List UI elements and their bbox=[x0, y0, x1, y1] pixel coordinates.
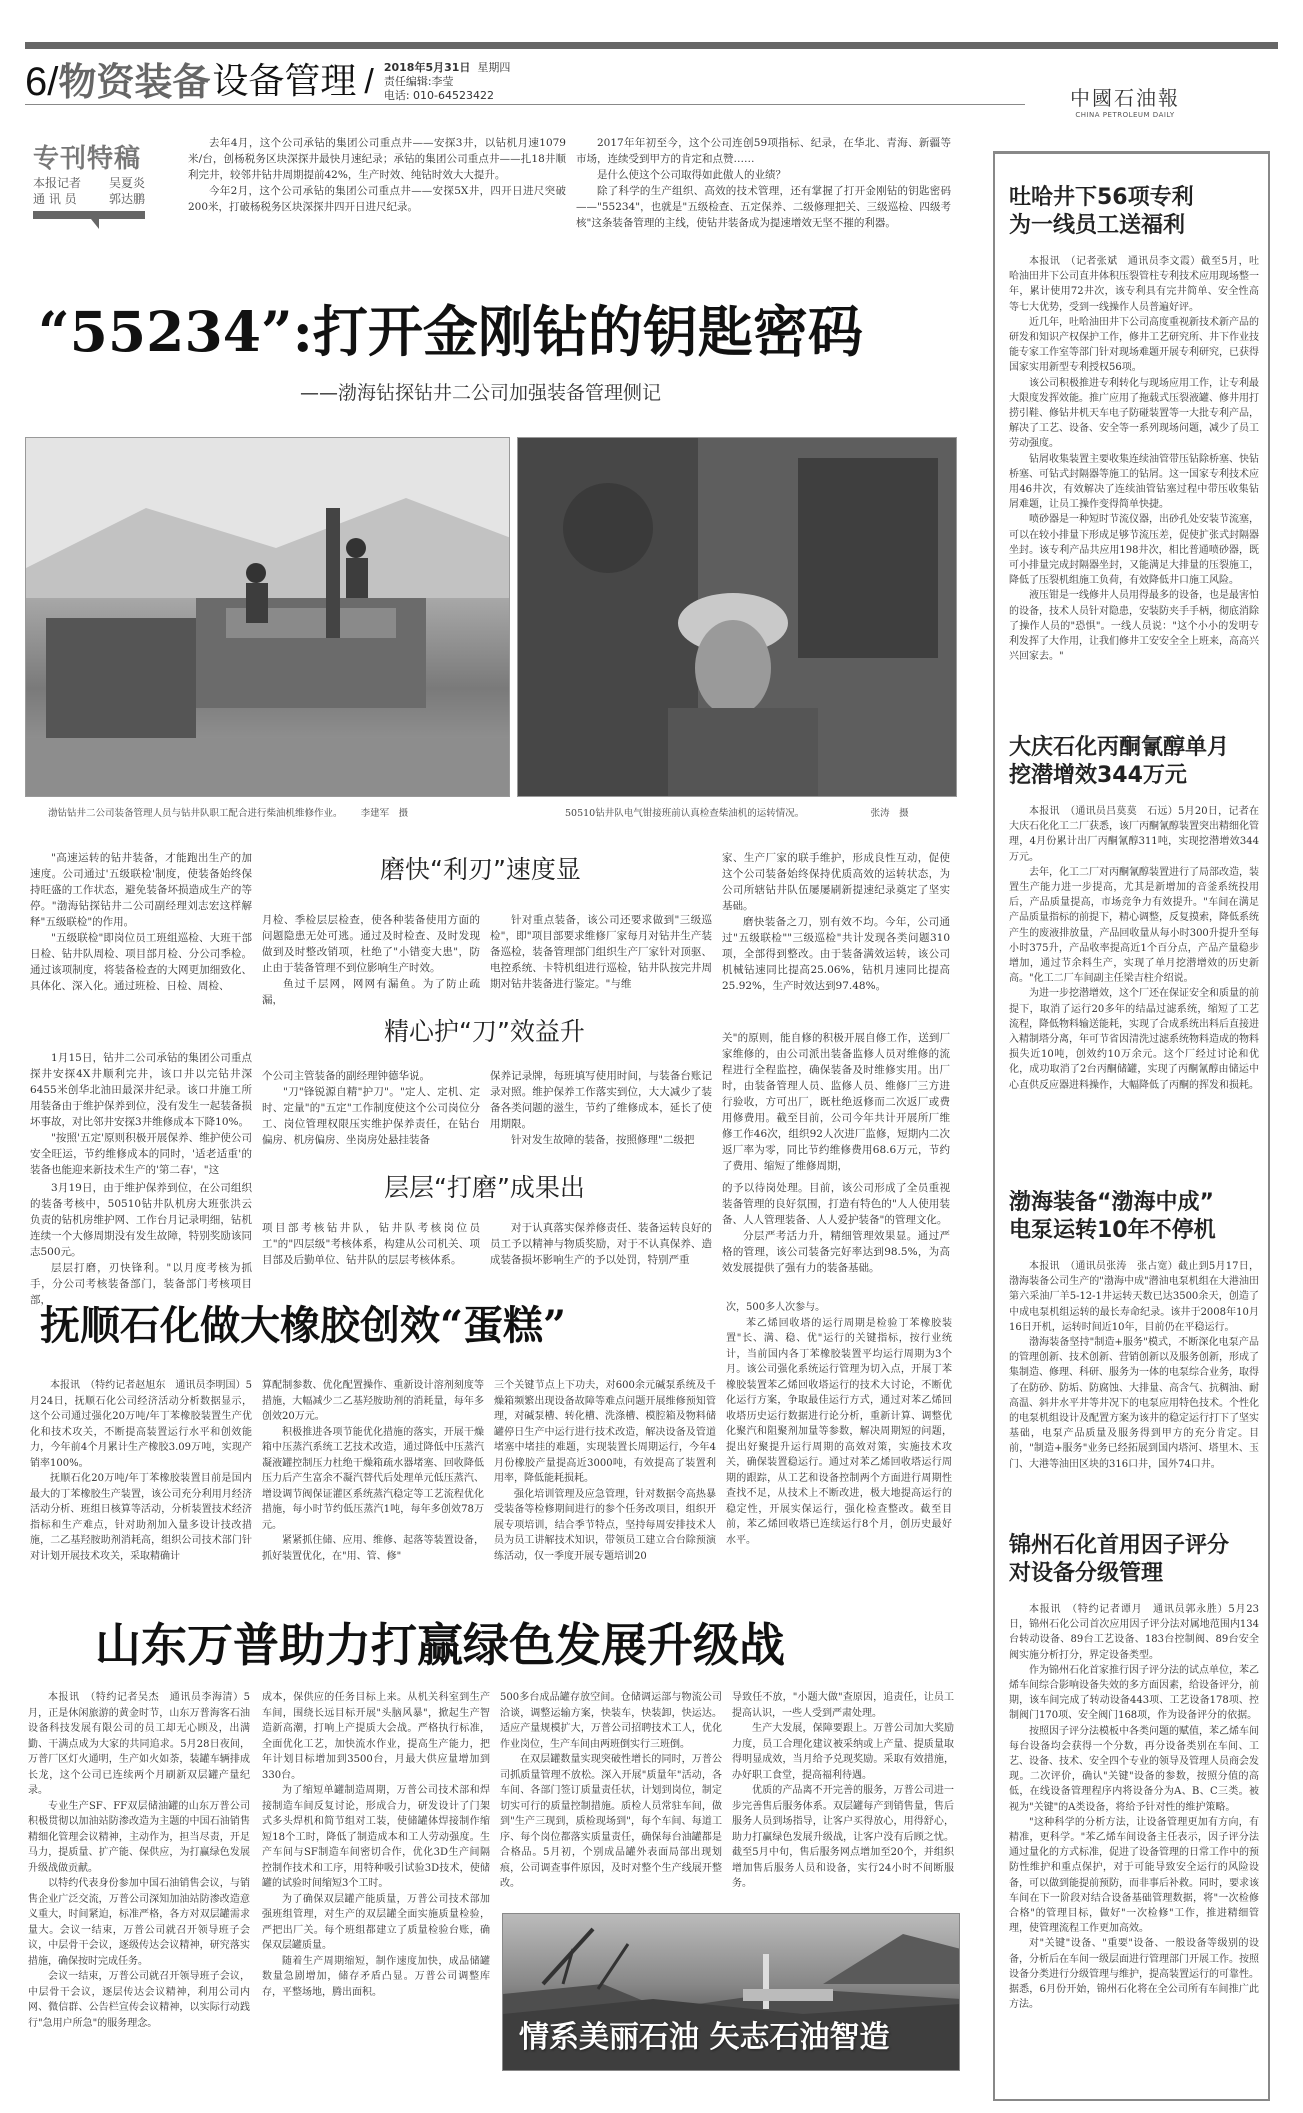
body-paragraph: 分层严考活力升，精细管理效果显。通过严格的管理，该公司装备完好率达到98.5%，… bbox=[722, 1228, 950, 1276]
header-rule-bar bbox=[25, 42, 1278, 49]
photo-credit: 李建军 摄 bbox=[361, 808, 409, 819]
sidebar-article-bohai: 渤海装备“渤海中成” 电泵运转10年不停机 本报讯 （通讯员张涛 张占宽）截止到… bbox=[1009, 1189, 1259, 1472]
body-paragraph: 月检、季检层层检查，使各种装备使用方面的问题隐患无处可逃。通过及时检查、及时发现… bbox=[262, 912, 480, 976]
body-paragraph: 为了确保双层罐产能质量，万普公司技术部加强班组管理，对生产的双层罐全面实施质量检… bbox=[262, 1892, 490, 1954]
shandong-column-4: 导致任不放，"小题大做"查原因，追责任，让员工提高认识，一些人受到严肃处理。 生… bbox=[732, 1690, 954, 1905]
sidebar-article-tuha: 吐哈井下56项专利 为一线员工送福利 本报讯 （记者张斌 通讯员李文霞）截至5月… bbox=[1009, 184, 1259, 664]
byline-row-reporter: 本报记者 吴夏炎 bbox=[33, 175, 145, 191]
section3-column-2: 项目部考核钻井队，钻井队考核岗位员工"的"四层级"考核体系，构建从公司机关、项目… bbox=[262, 1220, 480, 1268]
editor-line: 责任编辑:李莹 bbox=[384, 75, 511, 89]
lead-paragraph: 除了科学的生产组织、高效的技术管理，还有掌握了打开金刚钻的钥匙密码——"5523… bbox=[576, 183, 951, 231]
section1-column-4: 家、生产厂家的联手维护，形成良性互动，促使这个公司装备始终保持优质高效的运转状态… bbox=[722, 850, 950, 994]
section3-column-4: 的予以待岗处理。目前，该公司形成了全员重视装备管理的良好氛围，打造有特色的"人人… bbox=[722, 1180, 950, 1276]
page-meta: 2018年5月31日 星期四 责任编辑:李莹 电话: 010-64523422 bbox=[384, 61, 511, 103]
page-number: 6/ bbox=[25, 61, 58, 103]
photo-credit: 张涛 摄 bbox=[871, 808, 909, 819]
feature-subheadline: ——渤海钻探钻井二公司加强装备管理侧记 bbox=[300, 378, 661, 405]
fushun-column-4: 次，500多人次参与。 苯乙烯回收塔的运行周期是检验丁苯橡胶装置"长、满、稳、优… bbox=[726, 1300, 952, 1548]
section2-column-3: 保养记录牌，每班填写使用时间，与装备台账记录对照。维护保养工作落实到位，大大减少… bbox=[490, 1068, 712, 1148]
sidebar-article-body: 本报讯 （通讯员张涛 张占宽）截止到5月17日，渤海装备公司生产的"渤海中成"潜… bbox=[1009, 1259, 1259, 1472]
byline-name: 吴夏炎 bbox=[109, 175, 145, 191]
body-paragraph: 近几年，吐哈油田井下公司高度重视新技术新产品的研发和知识产权保护工作，修井工艺研… bbox=[1009, 315, 1259, 376]
feature-lead-left: 去年4月，这个公司承钻的集团公司重点井——安探3井，以钻机月速1079米/台，创… bbox=[188, 135, 566, 215]
body-paragraph: 针对发生故障的装备，按照修理"二级把 bbox=[490, 1132, 712, 1148]
promo-banner: 情系美丽石油 矢志石油智造 bbox=[502, 1913, 960, 2071]
body-paragraph: 随着生产周期缩短，制作速度加快，成品储罐数量急剧增加，储存矛盾凸显。万普公司调整… bbox=[262, 1954, 490, 2001]
title-line: 挖潜增效344万元 bbox=[1009, 762, 1259, 790]
body-paragraph: 紧紧抓住储、应用、维修、起落等装置设备，抓好装置优化，在"用、管、修" bbox=[262, 1533, 484, 1564]
byline-pointer-bar bbox=[33, 211, 145, 219]
title-line: 吐哈井下56项专利 bbox=[1009, 184, 1259, 212]
sidebar-article-body: 本报讯 （记者张斌 通讯员李文霞）截至5月，吐哈油田井下公司直井体积压裂管柱专利… bbox=[1009, 254, 1259, 664]
news-brief-sidebar: 吐哈井下56项专利 为一线员工送福利 本报讯 （记者张斌 通讯员李文霞）截至5月… bbox=[993, 151, 1270, 2101]
body-paragraph: 三个关键节点上下功夫，对600余元碱泵系统及千燥箱频繁出现设备故障等难点问题开展… bbox=[494, 1378, 716, 1487]
body-paragraph: 算配制参数、优化配置操作、重新设计溶剂刻度等措施，大幅减少二乙基羟胺助剂的消耗量… bbox=[262, 1378, 484, 1425]
folio-slash: / bbox=[364, 61, 373, 103]
body-paragraph: 强化培训管理及应急管理，针对数据令高热暴受装备等检修期间进行的参个任务改项目，组… bbox=[494, 1487, 716, 1565]
body-paragraph: 保养记录牌，每班填写使用时间，与装备台账记录对照。维护保养工作落实到位，大大减少… bbox=[490, 1068, 712, 1132]
section2-column-4: 关"的原则，能自修的积极开展自修工作，送到厂家维修的，由公司派出装备监修人员对维… bbox=[722, 1030, 950, 1174]
body-paragraph: "高速运转的钻井装备，才能跑出生产的加速度。公司通过'五级联检'制度，使装备始终… bbox=[30, 850, 252, 930]
title-line: 为一线员工送福利 bbox=[1009, 212, 1259, 240]
body-paragraph: 本报讯 （通讯员吕莫莫 石远）5月20日，记者在大庆石化化工二厂获悉，该厂丙酮氰… bbox=[1009, 804, 1259, 865]
title-line: 渤海装备“渤海中成” bbox=[1009, 1189, 1259, 1217]
body-paragraph: 积极推进各项节能优化措施的落实，开展干燥箱中压蒸汽系统工艺技术改造，通过降低中压… bbox=[262, 1425, 484, 1534]
sidebar-article-title: 吐哈井下56项专利 为一线员工送福利 bbox=[1009, 184, 1259, 240]
body-paragraph: 生产大发展，保障要跟上。万普公司加大奖励力度，员工合理化建议被采纳或上产量、提质… bbox=[732, 1721, 954, 1783]
title-line: 电泵运转10年不停机 bbox=[1009, 1217, 1259, 1245]
feature-byline-box: 专刊特稿 本报记者 吴夏炎 通 讯 员 郭达鹏 bbox=[33, 138, 145, 219]
body-paragraph: 本报讯 （特约记者吴杰 通讯员李海清）5月，正是休闲旅游的黄金时节，山东万普海客… bbox=[28, 1690, 250, 1799]
body-paragraph: 对于认真落实保养修责任、装备运转良好的员工予以精神与物质奖励，对于不认真保养、造… bbox=[490, 1220, 712, 1268]
body-paragraph: 渤海装备坚持"制造+服务"模式，不断深化电泵产品的管理创新、技术创新、营销创新以… bbox=[1009, 1335, 1259, 1472]
byline-role: 本报记者 bbox=[33, 175, 81, 191]
body-paragraph: 本报讯 （通讯员张涛 张占宽）截止到5月17日，渤海装备公司生产的"渤海中成"潜… bbox=[1009, 1259, 1259, 1335]
body-paragraph: 会议一结束，万普公司就召开领导班子会议，中层骨干会议，逐层传达会议精神，利用公司… bbox=[28, 1969, 250, 2031]
body-paragraph: "这种科学的分析方法，让设备管理更加有方向，有精准，更科学。"苯乙烯车间设备主任… bbox=[1009, 1815, 1259, 1937]
section-heading-layered-polish: 层层“打磨”成果出 bbox=[384, 1168, 585, 1204]
photo-caption-left: 渤钻钻井二公司装备管理人员与钻井队职工配合进行柴油机维修作业。 李建军 摄 bbox=[48, 805, 408, 819]
feature-lead-right: 2017年年初至今，这个公司连创59项指标、纪录，在华北、青海、新疆等市场，连续… bbox=[576, 135, 951, 231]
section-primary: 物资装备 bbox=[58, 61, 210, 103]
body-paragraph: 本报讯 （特约记者谭月 通讯员郭永胜）5月23日，锦州石化公司首次应用因子评分法… bbox=[1009, 1602, 1259, 1663]
body-paragraph: 鱼过千层网，网网有漏鱼。为了防止疏漏， bbox=[262, 976, 480, 1008]
lead-paragraph: 2017年年初至今，这个公司连创59项指标、纪录，在华北、青海、新疆等市场，连续… bbox=[576, 135, 951, 167]
body-paragraph: 专业生产SF、FF双层储油罐的山东万普公司积极贯彻以加油站防渗改造为主题的中国石… bbox=[28, 1799, 250, 1877]
issue-weekday: 星期四 bbox=[477, 61, 510, 74]
section1-column-1: "高速运转的钻井装备，才能跑出生产的加速度。公司通过'五级联检'制度，使装备始终… bbox=[30, 850, 252, 994]
photo-equipment-repair bbox=[25, 437, 510, 797]
body-paragraph: 钻屑收集装置主要收集连续油管带压钻除桥塞、快钻桥塞、可钻式封隔器等施工的钻屑。这… bbox=[1009, 452, 1259, 513]
shandong-column-1: 本报讯 （特约记者吴杰 通讯员李海清）5月，正是休闲旅游的黄金时节，山东万普海客… bbox=[28, 1690, 250, 2100]
fushun-column-3: 三个关键节点上下功夫，对600余元碱泵系统及千燥箱频繁出现设备故障等难点问题开展… bbox=[494, 1378, 716, 1564]
logo-chinese: 中國石油報 bbox=[1070, 82, 1180, 111]
body-paragraph: 该公司积极推进专利转化与现场应用工作，让专利最大限度发挥效能。推广应用了拖载式压… bbox=[1009, 376, 1259, 452]
banner-slogan: 情系美丽石油 矢志石油智造 bbox=[519, 2012, 889, 2056]
section3-column-3: 对于认真落实保养修责任、装备运转良好的员工予以精神与物质奖励，对于不认真保养、造… bbox=[490, 1220, 712, 1268]
body-paragraph: 对"关键"设备、"重要"设备、一般设备等级别的设备，分析后在车间一级层面进行管理… bbox=[1009, 1936, 1259, 2012]
body-paragraph: 本报讯 （记者张斌 通讯员李文霞）截至5月，吐哈油田井下公司直井体积压裂管柱专利… bbox=[1009, 254, 1259, 315]
caption-text: 50510钻井队电气钳接班前认真检查柴油机的运转情况。 bbox=[565, 808, 804, 819]
sidebar-article-body: 本报讯 （特约记者谭月 通讯员郭永胜）5月23日，锦州石化公司首次应用因子评分法… bbox=[1009, 1602, 1259, 2012]
feature-tag: 专刊特稿 bbox=[33, 138, 145, 175]
body-paragraph: 成本，保供应的任务目标上来。从机关科室到生产车间，围绕长远目标开展"头脑风暴"，… bbox=[262, 1690, 490, 1783]
title-line: 对设备分级管理 bbox=[1009, 1560, 1259, 1588]
lead-paragraph: 去年4月，这个公司承钻的集团公司重点井——安探3井，以钻机月速1079米/台，创… bbox=[188, 135, 566, 183]
sidebar-article-title: 渤海装备“渤海中成” 电泵运转10年不停机 bbox=[1009, 1189, 1259, 1245]
logo-english: CHINA PETROLEUM DAILY bbox=[1070, 111, 1180, 119]
body-paragraph: 的予以待岗处理。目前，该公司形成了全员重视装备管理的良好氛围，打造有特色的"人人… bbox=[722, 1180, 950, 1228]
body-paragraph: 针对重点装备，该公司还要求做到"三级巡检"，即"项目部要求维修厂家每月对钻井生产… bbox=[490, 912, 712, 992]
sidebar-article-title: 锦州石化首用因子评分 对设备分级管理 bbox=[1009, 1532, 1259, 1588]
photo-caption-right: 50510钻井队电气钳接班前认真检查柴油机的运转情况。 张涛 摄 bbox=[565, 805, 909, 819]
body-paragraph: 个公司主管装备的副经理钟德华说。 bbox=[262, 1068, 480, 1084]
title-line: 大庆石化丙酮氰醇单月 bbox=[1009, 734, 1259, 762]
shandong-column-2: 成本，保供应的任务目标上来。从机关科室到生产车间，围绕长远目标开展"头脑风暴"，… bbox=[262, 1690, 490, 2100]
section-heading-protect-blade: 精心护“刀”效益升 bbox=[384, 1012, 585, 1048]
lead-paragraph: 今年2月，这个公司承钻的集团公司重点井——安探5X井，四开日进尺突破200米，打… bbox=[188, 183, 566, 215]
body-paragraph: 关"的原则，能自修的积极开展自修工作，送到厂家维修的，由公司派出装备监修人员对维… bbox=[722, 1030, 950, 1174]
body-paragraph: "刀"锋锐源自精"护刀"。"定人、定机、定时、定量"的"五定"工作制度使这个公司… bbox=[262, 1084, 480, 1148]
body-paragraph: 优质的产品离不开完善的服务，万普公司进一步完善售后服务体系。双层罐每产到销售量，… bbox=[732, 1783, 954, 1892]
body-paragraph: 液压钳是一线修井人员用得最多的设备，也是最害怕的设备，技术人员针对隐患，安装防夹… bbox=[1009, 588, 1259, 664]
section1-column-2: 月检、季检层层检查，使各种装备使用方面的问题隐患无处可逃。通过及时检查、及时发现… bbox=[262, 912, 480, 1008]
feature-headline: “55234”:打开金刚钻的钥匙密码 bbox=[38, 300, 863, 364]
page-folio: 6/ 物资装备 设备管理 / 2018年5月31日 星期四 责任编辑:李莹 电话… bbox=[25, 55, 510, 103]
body-paragraph: 苯乙烯回收塔的运行周期是检验丁苯橡胶装置"长、满、稳、优"运行的关键指标，按行业… bbox=[726, 1316, 952, 1549]
body-paragraph: 1月15日，钻井二公司承钻的集团公司重点探井安探4X井顺利完井，该口井以完钻井深… bbox=[30, 1050, 252, 1130]
section-secondary: 设备管理 bbox=[212, 61, 356, 103]
title-line: 锦州石化首用因子评分 bbox=[1009, 1532, 1259, 1560]
caption-text: 渤钻钻井二公司装备管理人员与钻井队职工配合进行柴油机维修作业。 bbox=[48, 808, 343, 819]
phone-line: 电话: 010-64523422 bbox=[384, 89, 511, 103]
body-paragraph: 项目部考核钻井队，钻井队考核岗位员工"的"四层级"考核体系，构建从公司机关、项目… bbox=[262, 1220, 480, 1268]
body-paragraph: 为进一步挖潜增效，这个厂还在保证安全和质量的前提下，取消了运行20多年的结晶过滤… bbox=[1009, 986, 1259, 1092]
body-paragraph: 家、生产厂家的联手维护，形成良性互动，促使这个公司装备始终保持优质高效的运转状态… bbox=[722, 850, 950, 914]
body-paragraph: 为了缩短单罐制造周期，万普公司技术部和焊接制造车间反复讨论，形成合力，研发设计了… bbox=[262, 1783, 490, 1892]
body-paragraph: 去年，化工二厂对丙酮氰醇装置进行了局部改造，装置生产能力进一步提高，尤其是新增加… bbox=[1009, 865, 1259, 987]
byline-name: 郭达鹏 bbox=[109, 191, 145, 207]
newspaper-logo: 中國石油報 CHINA PETROLEUM DAILY bbox=[1070, 82, 1180, 119]
sidebar-article-title: 大庆石化丙酮氰醇单月 挖潜增效344万元 bbox=[1009, 734, 1259, 790]
lead-paragraph: 是什么使这个公司取得如此傲人的业绩？ bbox=[576, 167, 951, 183]
body-paragraph: 磨快装备之刀，别有效不均。今年，公司通过"五级联检""三级巡检"共计发现各类问题… bbox=[722, 914, 950, 994]
body-paragraph: 抚顺石化20万吨/年丁苯橡胶装置目前是国内最大的丁苯橡胶生产装置，该公司充分利用… bbox=[30, 1471, 252, 1564]
fushun-headline: 抚顺石化做大橡胶创效“蛋糕” bbox=[40, 1300, 566, 1352]
body-paragraph: 按照因子评分法模板中各类问题的赋值，苯乙烯车间每台设备均会获得一个分数，再分设备… bbox=[1009, 1724, 1259, 1815]
body-paragraph: 500多台成品罐存放空间。仓储调运部与物流公司洽谈，调整运输方案，快装车，快装卸… bbox=[500, 1690, 722, 1752]
section2-column-1: 1月15日，钻井二公司承钻的集团公司重点探井安探4X井顺利完井，该口井以完钻井深… bbox=[30, 1050, 252, 1178]
section-heading-sharpen-blade: 磨快“利刃”速度显 bbox=[380, 850, 581, 886]
issue-date: 2018年5月31日 bbox=[384, 61, 471, 74]
sidebar-article-jinzhou: 锦州石化首用因子评分 对设备分级管理 本报讯 （特约记者谭月 通讯员郭永胜）5月… bbox=[1009, 1532, 1259, 2092]
body-paragraph: 次，500多人次参与。 bbox=[726, 1300, 952, 1316]
body-paragraph: 在双层罐数量实现突破性增长的同时，万普公司抓质量管理不放松。深入开展"质量年"活… bbox=[500, 1752, 722, 1892]
body-paragraph: 以特约代表身份参加中国石油销售会议，与销售企业广泛交流，万普公司深知加油站防渗改… bbox=[28, 1876, 250, 1969]
section3-column-1: 3月19日，由于维护保养到位，在公司组织的装备考核中，50510钻井队机房大班张… bbox=[30, 1180, 252, 1308]
header-divider bbox=[25, 104, 1025, 105]
byline-role: 通 讯 员 bbox=[33, 191, 77, 207]
shandong-headline: 山东万普助力打赢绿色发展升级战 bbox=[95, 1615, 785, 1675]
body-paragraph: "按照'五定'原则积极开展保养、维护使公司安全旺运，节约维修成本的同时，'适老适… bbox=[30, 1130, 252, 1178]
section1-column-3: 针对重点装备，该公司还要求做到"三级巡检"，即"项目部要求维修厂家每月对钻井生产… bbox=[490, 912, 712, 992]
sidebar-article-daqing: 大庆石化丙酮氰醇单月 挖潜增效344万元 本报讯 （通讯员吕莫莫 石远）5月20… bbox=[1009, 734, 1259, 1093]
fushun-column-2: 算配制参数、优化配置操作、重新设计溶剂刻度等措施，大幅减少二乙基羟胺助剂的消耗量… bbox=[262, 1378, 484, 1564]
body-paragraph: 作为锦州石化首家推行因子评分法的试点单位，苯乙烯车间综合影响设备失效的多方面因素… bbox=[1009, 1663, 1259, 1724]
shandong-column-3: 500多台成品罐存放空间。仓储调运部与物流公司洽谈，调整运输方案，快装车，快装卸… bbox=[500, 1690, 722, 1905]
body-paragraph: 本报讯 （特约记者赵旭东 通讯员李明国）5月24日，抚顺石化公司经济活动分析数据… bbox=[30, 1378, 252, 1471]
section2-column-2: 个公司主管装备的副经理钟德华说。 "刀"锋锐源自精"护刀"。"定人、定机、定时、… bbox=[262, 1068, 480, 1148]
body-paragraph: "五级联检"即岗位员工班组巡检、大班干部日检、钻井队周检、项目部月检、分公司季检… bbox=[30, 930, 252, 994]
sidebar-article-body: 本报讯 （通讯员吕莫莫 石远）5月20日，记者在大庆石化化工二厂获悉，该厂丙酮氰… bbox=[1009, 804, 1259, 1093]
body-paragraph: 喷砂器是一种短时节流仪器，出砂孔处安装节流塞，可以在较小排量下形成足够节流压差，… bbox=[1009, 512, 1259, 588]
worker-inspection-illustration bbox=[518, 438, 957, 797]
photo-electrician-inspection bbox=[517, 437, 957, 797]
body-paragraph: 3月19日，由于维护保养到位，在公司组织的装备考核中，50510钻井队机房大班张… bbox=[30, 1180, 252, 1260]
fushun-column-1: 本报讯 （特约记者赵旭东 通讯员李明国）5月24日，抚顺石化公司经济活动分析数据… bbox=[30, 1378, 252, 1564]
byline-row-correspondent: 通 讯 员 郭达鹏 bbox=[33, 191, 145, 207]
body-paragraph: 导致任不放，"小题大做"查原因，追责任，让员工提高认识，一些人受到严肃处理。 bbox=[732, 1690, 954, 1721]
engine-repair-illustration bbox=[26, 438, 510, 797]
